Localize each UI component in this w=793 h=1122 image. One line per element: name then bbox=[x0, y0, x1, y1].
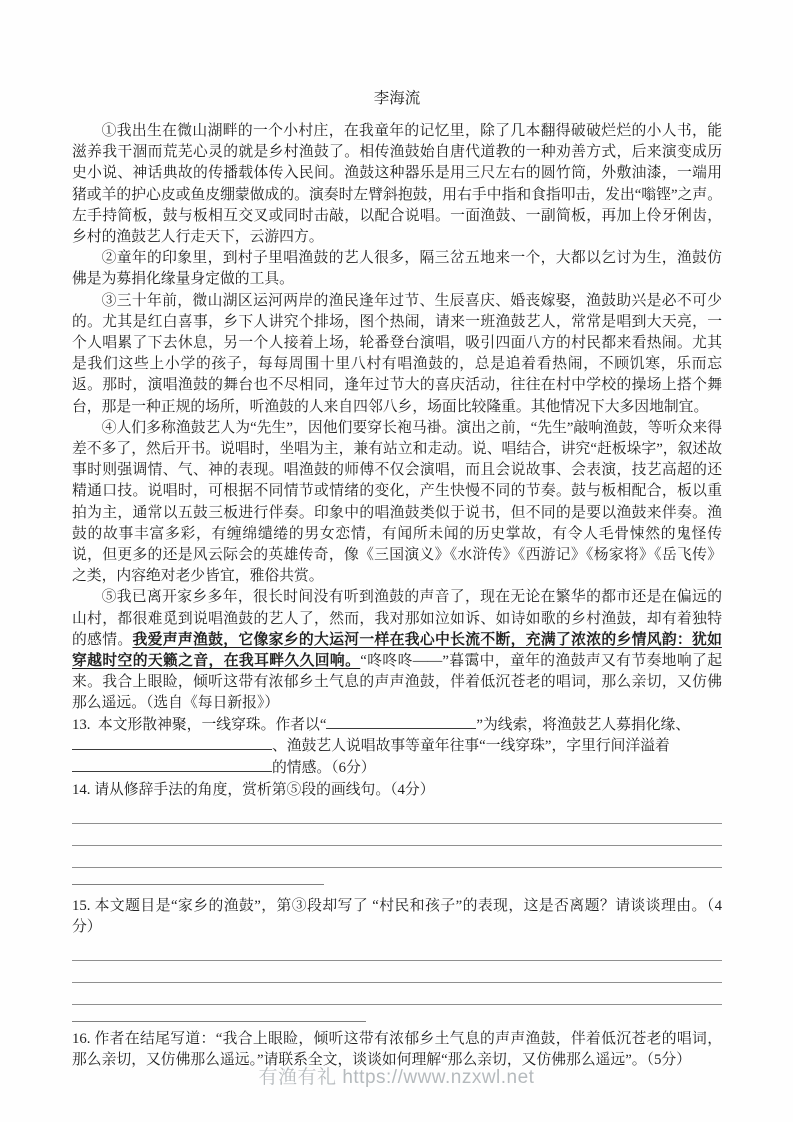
question-15: 15. 本文题目是“家乡的渔鼓”，第③段却写了 “村民和孩子”的表现，这是否离题… bbox=[72, 896, 722, 939]
question-13-line-3: 的情感。（6分） bbox=[72, 758, 722, 780]
q13-blank-1 bbox=[326, 716, 476, 729]
question-14: 14. 请从修辞手法的角度，赏析第⑤段的画线句。（4分） bbox=[72, 780, 722, 802]
q15-answer-line-1 bbox=[72, 945, 722, 961]
q15-answer-line-3 bbox=[72, 983, 722, 1005]
question-13-line-1: 13. 本文形散神聚，一线穿珠。作者以“”为线索，将渔鼓艺人募捐化缘、 bbox=[72, 715, 722, 737]
q13-text-after-blank-2: 、渔鼓艺人说唱故事等童年往事“一线穿珠”，字里行间洋溢着 bbox=[272, 738, 670, 754]
q13-text-before-blank-1: 13. 本文形散神聚，一线穿珠。作者以“ bbox=[72, 717, 326, 733]
q13-text-after-blank-1: ”为线索，将渔鼓艺人募捐化缘、 bbox=[476, 717, 690, 733]
question-13: 13. 本文形散神聚，一线穿珠。作者以“”为线索，将渔鼓艺人募捐化缘、 、渔鼓艺… bbox=[72, 715, 722, 780]
watermark-footer: 有渔有礼 https://www.nzxwl.net bbox=[0, 1062, 793, 1089]
q13-blank-2 bbox=[72, 737, 272, 750]
q14-answer-line-short bbox=[72, 868, 324, 885]
exam-document-page: 李海流 ①我出生在微山湖畔的一个小村庄，在我童年的记忆里，除了几本翻得破破烂烂的… bbox=[0, 0, 793, 1122]
essay-paragraph-1: ①我出生在微山湖畔的一个小村庄，在我童年的记忆里，除了几本翻得破破烂烂的小人书，… bbox=[72, 121, 722, 248]
essay-paragraph-4: ④人们多称渔鼓艺人为“先生”，因他们要穿长袍马褂。演出之前，“先生”敲响渔鼓，等… bbox=[72, 418, 722, 588]
q15-answer-area bbox=[72, 945, 722, 1022]
question-13-line-2: 、渔鼓艺人说唱故事等童年往事“一线穿珠”，字里行间洋溢着 bbox=[72, 736, 722, 758]
essay-paragraph-2: ②童年的印象里，到村子里唱渔鼓的艺人很多，隔三岔五地来一个，大都以乞讨为生，渔鼓… bbox=[72, 248, 722, 290]
q13-text-after-blank-3: 的情感。（6分） bbox=[272, 760, 376, 776]
essay-paragraph-3: ③三十年前，微山湖区运河两岸的渔民逢年过节、生辰喜庆、婚丧嫁娶，渔鼓助兴是必不可… bbox=[72, 291, 722, 418]
q14-answer-line-2 bbox=[72, 824, 722, 846]
essay-paragraph-5: ⑤我已离开家乡多年，很长时间没有听到渔鼓的声音了，现在无论在繁华的都市还是在偏远… bbox=[72, 587, 722, 714]
q14-answer-area bbox=[72, 808, 722, 885]
q15-answer-line-short bbox=[72, 1005, 366, 1022]
q14-answer-line-3 bbox=[72, 846, 722, 868]
essay-author-byline: 李海流 bbox=[72, 88, 722, 109]
q13-blank-3 bbox=[72, 759, 272, 772]
q15-answer-line-2 bbox=[72, 961, 722, 983]
q14-answer-line-1 bbox=[72, 808, 722, 824]
